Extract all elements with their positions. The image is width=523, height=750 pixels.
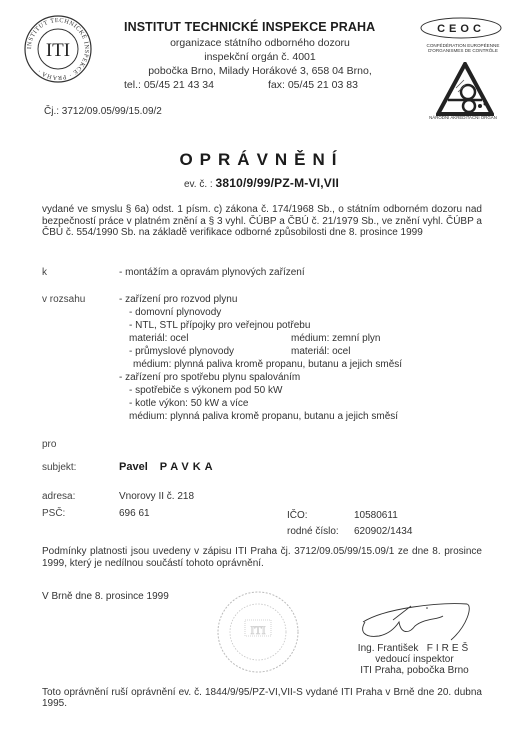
- scope-line: médium: zemní plyn: [291, 333, 380, 344]
- k-value: - montážím a opravám plynových zařízení: [119, 267, 305, 278]
- pro-label: pro: [42, 439, 56, 450]
- rc-value: 620902/1434: [354, 526, 412, 537]
- organ-line: inspekční orgán č. 4001: [120, 51, 400, 63]
- document-title: OPRÁVNĚNÍ: [0, 150, 523, 170]
- ico-label: IČO:: [287, 510, 308, 521]
- address-value: Vnorovy II č. 218: [119, 491, 194, 502]
- footer-note: Toto oprávnění ruší oprávnění ev. č. 184…: [42, 688, 482, 709]
- psc-label: PSČ:: [42, 508, 65, 519]
- svg-text:ITI: ITI: [250, 623, 265, 637]
- scope-line: - domovní plynovody: [129, 307, 221, 318]
- address-line: pobočka Brno, Milady Horákové 3, 658 04 …: [120, 65, 400, 77]
- address-label: adresa:: [42, 491, 75, 502]
- scope-line: materiál: ocel: [291, 346, 350, 357]
- scope-line: - průmyslové plynovody: [129, 346, 234, 357]
- scope-line: - NTL, STL přípojky pro veřejnou potřebu: [129, 320, 310, 331]
- scope-line: médium: plynná paliva kromě propanu, but…: [133, 359, 402, 370]
- scope-line: - zařízení pro spotřebu plynu spalováním: [119, 372, 300, 383]
- institute-name: INSTITUT TECHNICKÉ INSPEKCE PRAHA: [124, 20, 375, 34]
- org-line: organizace státního odborného dozoru: [120, 37, 400, 49]
- ceoc-subtitle: CONFÉDÉRATION EUROPÉENNE D'ORGANISMES DE…: [421, 43, 505, 54]
- rc-label: rodné číslo:: [287, 526, 339, 537]
- svg-text:ITI: ITI: [46, 40, 70, 61]
- ico-value: 10580611: [354, 510, 398, 521]
- reference-number: Čj.: 3712/09.05/99/15.09/2: [44, 106, 162, 117]
- scope-line: médium: plynná paliva kromě propanu, but…: [129, 411, 398, 422]
- conditions-paragraph: Podmínky platnosti jsou uvedeny v zápisu…: [42, 546, 482, 569]
- accreditation-text: NÁRODNÍ AKREDITAČNÍ ORGÁN: [421, 115, 505, 120]
- k-label: k: [42, 267, 47, 278]
- psc-value: 696 61: [119, 508, 150, 519]
- place-date: V Brně dne 8. prosince 1999: [42, 591, 169, 602]
- scope-line: - spotřebiče s výkonem pod 50 kW: [129, 385, 282, 396]
- subject-label: subjekt:: [42, 462, 76, 473]
- fax-line: fax: 05/45 21 03 83: [268, 79, 358, 91]
- subject-name: PavelPAVKA: [119, 461, 217, 473]
- ev-number: 3810/9/99/PZ-M-VI,VII: [215, 176, 339, 190]
- scope-line: - zařízení pro rozvod plynu: [119, 294, 237, 305]
- ceoc-logo: CEOC: [420, 17, 502, 39]
- scope-line: materiál: ocel: [129, 333, 188, 344]
- signer-block: Ing. František FIREŠ vedoucí inspektor I…: [352, 643, 477, 676]
- ev-label: ev. č. :: [184, 179, 213, 190]
- official-stamp: ITI: [215, 590, 301, 674]
- scope-line: - kotle výkon: 50 kW a více: [129, 398, 249, 409]
- tel-line: tel.: 05/45 21 43 34: [124, 79, 214, 91]
- range-label: v rozsahu: [42, 294, 85, 305]
- intro-paragraph: vydané ve smyslu § 6a) odst. 1 písm. c) …: [42, 204, 482, 239]
- ev-number-line: ev. č. : 3810/9/99/PZ-M-VI,VII: [0, 176, 523, 190]
- iti-seal-logo: INSTITUT TECHNICKÉ INSPEKCE · PRAHA · IT…: [23, 14, 93, 84]
- accreditation-logo: [436, 62, 494, 117]
- svg-text:CEOC: CEOC: [437, 23, 485, 35]
